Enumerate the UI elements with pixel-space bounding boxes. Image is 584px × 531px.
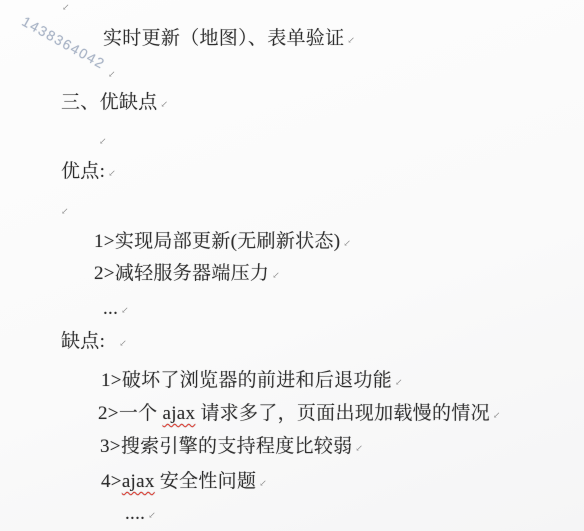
- paragraph-mark-icon: ↙: [62, 2, 70, 13]
- pros-ellipsis: ...↙: [103, 298, 129, 321]
- document-page: 1438364042 ↙ 实时更新（地图）、表单验证↙ ↙ 三、优缺点↙ ↙ 优…: [0, 0, 584, 531]
- misspelled-word: ajax: [122, 471, 155, 492]
- cons-item-4: 4>ajax 安全性问题↙: [101, 471, 267, 494]
- cons-label: 缺点:↙: [61, 331, 127, 354]
- pros-item-2: 2>减轻服务器端压力↙: [94, 263, 280, 286]
- paragraph-mark-icon: ↙: [259, 472, 267, 494]
- paragraph-mark-icon: ↙: [493, 404, 501, 426]
- paragraph-mark-icon: ↙: [61, 206, 69, 217]
- paragraph-mark-icon: ↙: [272, 264, 280, 286]
- cons-ellipsis: ....↙: [125, 503, 156, 526]
- intro-line: 实时更新（地图）、表单验证↙: [103, 28, 355, 51]
- cons-item-2-pre: 2>一个: [98, 403, 162, 424]
- paragraph-mark-icon: ↙: [395, 371, 403, 393]
- cons-item-3: 3>搜索引擎的支持程度比较弱↙: [100, 436, 363, 459]
- paragraph-mark-icon: ↙: [99, 136, 107, 147]
- pros-label-text: 优点:: [61, 161, 105, 182]
- intro-line-text: 实时更新（地图）、表单验证: [103, 28, 344, 49]
- cons-item-4-post: 安全性问题: [155, 471, 257, 492]
- paragraph-mark-icon: ↙: [161, 93, 169, 115]
- pros-item-1: 1>实现局部更新(无刷新状态)↙: [94, 231, 351, 254]
- paragraph-mark-icon: ↙: [108, 162, 116, 184]
- cons-item-2-post: 请求多了，页面出现加载慢的情况: [195, 403, 490, 424]
- cons-ellipsis-text: ....: [125, 503, 145, 524]
- cons-item-2: 2>一个 ajax 请求多了，页面出现加载慢的情况↙: [98, 403, 500, 426]
- pros-item-2-text: 2>减轻服务器端压力: [94, 263, 269, 284]
- section-heading-text: 三、优缺点: [61, 92, 158, 113]
- paragraph-mark-icon: ↙: [347, 29, 355, 51]
- paragraph-mark-icon: ↙: [119, 332, 127, 354]
- misspelled-word: ajax: [162, 403, 195, 424]
- paragraph-mark-icon: ↙: [108, 69, 116, 80]
- cons-item-1: 1>破坏了浏览器的前进和后退功能↙: [101, 370, 403, 393]
- paragraph-mark-icon: ↙: [121, 299, 129, 321]
- paragraph-mark-icon: ↙: [355, 437, 363, 459]
- paragraph-mark-icon: ↙: [148, 504, 156, 526]
- cons-item-1-text: 1>破坏了浏览器的前进和后退功能: [101, 370, 392, 391]
- section-heading: 三、优缺点↙: [61, 92, 168, 115]
- paragraph-mark-icon: ↙: [343, 232, 351, 254]
- pros-label: 优点:↙: [61, 161, 116, 184]
- cons-item-4-pre: 4>: [101, 471, 122, 492]
- watermark: 1438364042: [19, 13, 108, 72]
- pros-item-1-text: 1>实现局部更新(无刷新状态): [94, 231, 340, 252]
- cons-item-3-text: 3>搜索引擎的支持程度比较弱: [100, 436, 352, 457]
- cons-label-text: 缺点:: [61, 331, 105, 352]
- pros-ellipsis-text: ...: [103, 298, 118, 319]
